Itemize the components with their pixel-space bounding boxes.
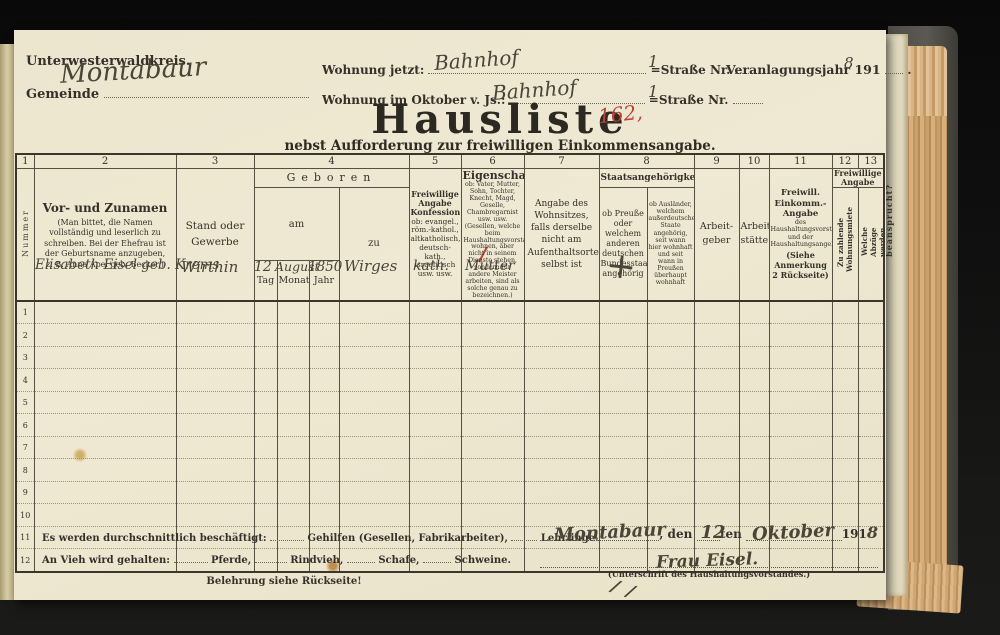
header-eigenschaft: Eigenschaft ob: Vater, Mutter, Sohn, Toc… bbox=[461, 169, 524, 301]
empty-cell bbox=[599, 369, 647, 392]
row-number: 5 bbox=[16, 391, 34, 414]
footer-schweine: Schweine. bbox=[455, 555, 511, 566]
handwritten-red-number: 162, bbox=[597, 100, 644, 129]
empty-cell bbox=[254, 459, 277, 482]
empty-cell bbox=[694, 324, 739, 347]
handwritten-geburtsort: Wirges bbox=[344, 257, 397, 275]
empty-cell bbox=[647, 414, 694, 437]
empty-cell bbox=[599, 481, 647, 504]
signature-block: Montabaur , den 12 ten Oktober 191 8 Fra… bbox=[540, 522, 878, 579]
empty-cell bbox=[694, 436, 739, 459]
empty-cell bbox=[461, 436, 524, 459]
empty-cell bbox=[769, 369, 832, 392]
belehrung-note: Belehrung siehe Rückseite! bbox=[134, 576, 434, 587]
footer-line1-label: Es werden durchschnittlich beschäftigt: bbox=[42, 533, 267, 544]
empty-cell bbox=[769, 436, 832, 459]
empty-cell bbox=[694, 346, 739, 369]
empty-cell bbox=[461, 324, 524, 347]
col-num-11: 11 bbox=[769, 154, 832, 169]
col-num-6: 6 bbox=[461, 154, 524, 169]
signature-place-slot: Montabaur bbox=[540, 523, 659, 541]
empty-cell bbox=[599, 301, 647, 324]
header-geboren: Geboren bbox=[254, 169, 409, 188]
handwritten-stand: Wirthin bbox=[181, 258, 238, 276]
empty-cell bbox=[832, 481, 858, 504]
row-number: 7 bbox=[16, 436, 34, 459]
empty-cell bbox=[694, 414, 739, 437]
header-arbeitgeber: Arbeit- geber bbox=[694, 169, 739, 301]
empty-cell bbox=[832, 391, 858, 414]
empty-cell bbox=[599, 391, 647, 414]
header-freiwillige-angabe: Freiwillige Angabe bbox=[832, 169, 884, 188]
empty-cell bbox=[254, 481, 277, 504]
empty-cell bbox=[858, 346, 884, 369]
empty-cell bbox=[277, 346, 309, 369]
empty-cell bbox=[254, 436, 277, 459]
signature-day-slot: 12 bbox=[697, 523, 720, 541]
empty-cell bbox=[832, 324, 858, 347]
empty-cell bbox=[694, 301, 739, 324]
empty-cell bbox=[309, 369, 339, 392]
empty-cell bbox=[254, 324, 277, 347]
empty-cell bbox=[409, 346, 461, 369]
empty-cell bbox=[461, 414, 524, 437]
empty-cell bbox=[524, 459, 599, 482]
empty-cell bbox=[739, 324, 769, 347]
empty-cell bbox=[277, 414, 309, 437]
header-arbeitsstaette: Arbeits- stätte bbox=[739, 169, 769, 301]
empty-cell bbox=[647, 391, 694, 414]
empty-cell bbox=[409, 301, 461, 324]
empty-cell bbox=[277, 459, 309, 482]
empty-cell bbox=[34, 324, 176, 347]
empty-cell bbox=[339, 391, 409, 414]
empty-cell bbox=[461, 504, 524, 527]
footer-line-1: Es werden durchschnittlich beschäftigt: … bbox=[42, 530, 527, 544]
empty-cell bbox=[409, 324, 461, 347]
table-row: 2 bbox=[16, 324, 884, 347]
empty-cell bbox=[769, 324, 832, 347]
dotted-line bbox=[423, 552, 451, 563]
header-staatsangehoerigkeit: Staatsangehörigkeit: bbox=[599, 169, 694, 188]
empty-cell bbox=[339, 436, 409, 459]
col-num-2: 2 bbox=[34, 154, 176, 169]
row-number: 12 bbox=[16, 549, 34, 572]
empty-cell bbox=[858, 414, 884, 437]
empty-cell bbox=[461, 481, 524, 504]
empty-cell bbox=[34, 459, 176, 482]
empty-cell bbox=[309, 504, 339, 527]
empty-cell bbox=[739, 346, 769, 369]
empty-cell bbox=[832, 414, 858, 437]
handwritten-year-digit: 8 bbox=[867, 523, 878, 542]
empty-cell bbox=[34, 436, 176, 459]
empty-cell bbox=[309, 391, 339, 414]
handwritten-day: 12 bbox=[701, 522, 726, 543]
empty-cell bbox=[277, 504, 309, 527]
empty-cell bbox=[409, 504, 461, 527]
dotted-line bbox=[511, 530, 537, 541]
table-row: 3 bbox=[16, 346, 884, 369]
col-num-5: 5 bbox=[409, 154, 461, 169]
empty-cell bbox=[461, 346, 524, 369]
table-row: 8 bbox=[16, 459, 884, 482]
stray-ink-mark bbox=[608, 581, 637, 597]
table-row: 9 bbox=[16, 481, 884, 504]
empty-cell bbox=[858, 324, 884, 347]
empty-cell bbox=[647, 324, 694, 347]
empty-cell bbox=[339, 346, 409, 369]
empty-cell bbox=[176, 301, 254, 324]
empty-cell bbox=[832, 459, 858, 482]
row-number: 10 bbox=[16, 504, 34, 527]
empty-cell bbox=[858, 391, 884, 414]
dotted-line bbox=[347, 552, 375, 563]
empty-cell bbox=[176, 324, 254, 347]
wohnung-jetzt-label: Wohnung jetzt: bbox=[322, 63, 424, 77]
empty-cell bbox=[254, 369, 277, 392]
empty-cell bbox=[739, 414, 769, 437]
header-miete: Zu zahlende Wohnungsmiete bbox=[832, 187, 858, 301]
empty-cell bbox=[647, 459, 694, 482]
row-number: 11 bbox=[16, 526, 34, 549]
footer-rindvieh: Rindvieh, bbox=[290, 555, 343, 566]
handwritten-jahr-digit: 8 bbox=[844, 54, 854, 72]
empty-cell bbox=[309, 481, 339, 504]
footer-line2-label: An Vieh wird gehalten: bbox=[42, 555, 170, 566]
row-number: 8 bbox=[16, 459, 34, 482]
col-num-10: 10 bbox=[739, 154, 769, 169]
empty-cell bbox=[524, 369, 599, 392]
row-number: 3 bbox=[16, 346, 34, 369]
handwritten-tag: 12 bbox=[254, 259, 272, 275]
year-label: 191 bbox=[842, 527, 867, 541]
empty-cell bbox=[647, 369, 694, 392]
empty-cell bbox=[339, 414, 409, 437]
empty-cell bbox=[858, 481, 884, 504]
empty-cell bbox=[599, 346, 647, 369]
handwritten-place: Montabaur bbox=[554, 519, 667, 546]
footer-pferde: Pferde, bbox=[211, 555, 251, 566]
veranlagungsjahr-line: Veranlagungsjahr 191 . bbox=[726, 60, 912, 77]
empty-cell bbox=[34, 504, 176, 527]
empty-cell bbox=[176, 414, 254, 437]
empty-cell bbox=[176, 459, 254, 482]
empty-cell bbox=[461, 369, 524, 392]
empty-cell bbox=[694, 459, 739, 482]
empty-cell bbox=[409, 414, 461, 437]
wohnung-jetzt-line: Wohnung jetzt: =Straße Nr. bbox=[322, 60, 765, 77]
empty-cell bbox=[599, 324, 647, 347]
empty-cell bbox=[176, 391, 254, 414]
empty-cell bbox=[176, 504, 254, 527]
empty-cell bbox=[739, 436, 769, 459]
empty-cell bbox=[858, 369, 884, 392]
empty-cell bbox=[524, 346, 599, 369]
signature-line-2: Frau Eisel. bbox=[540, 547, 878, 568]
empty-cell bbox=[647, 301, 694, 324]
veranlagungsjahr-label: Veranlagungsjahr 191 bbox=[726, 62, 881, 77]
empty-cell bbox=[769, 346, 832, 369]
signature-line-1: Montabaur , den 12 ten Oktober 191 8 bbox=[540, 522, 878, 541]
empty-cell bbox=[769, 459, 832, 482]
table-row: 5 bbox=[16, 391, 884, 414]
empty-cell bbox=[339, 504, 409, 527]
table-row: 7 bbox=[16, 436, 884, 459]
col-num-3: 3 bbox=[176, 154, 254, 169]
col-num-7: 7 bbox=[524, 154, 599, 169]
header-konfession: Freiwillige Angabe Konfession ob: evange… bbox=[409, 169, 461, 301]
empty-cell bbox=[769, 301, 832, 324]
footer-block: Es werden durchschnittlich beschäftigt: … bbox=[42, 530, 527, 574]
empty-cell bbox=[339, 301, 409, 324]
empty-cell bbox=[524, 324, 599, 347]
empty-cell bbox=[599, 459, 647, 482]
empty-cell bbox=[254, 391, 277, 414]
empty-cell bbox=[524, 414, 599, 437]
empty-cell bbox=[599, 414, 647, 437]
empty-cell bbox=[647, 481, 694, 504]
empty-cell bbox=[339, 369, 409, 392]
empty-cell bbox=[461, 391, 524, 414]
empty-cell bbox=[739, 459, 769, 482]
empty-cell bbox=[524, 481, 599, 504]
empty-cell bbox=[739, 481, 769, 504]
empty-cell bbox=[339, 324, 409, 347]
empty-cell bbox=[34, 391, 176, 414]
empty-cell bbox=[309, 301, 339, 324]
empty-cell bbox=[176, 369, 254, 392]
empty-cell bbox=[34, 369, 176, 392]
empty-cell bbox=[832, 369, 858, 392]
dotted-line bbox=[174, 552, 208, 563]
col-num-13: 13 bbox=[858, 154, 884, 169]
empty-cell bbox=[277, 369, 309, 392]
empty-cell bbox=[694, 369, 739, 392]
empty-cell bbox=[694, 481, 739, 504]
row-number: 9 bbox=[16, 481, 34, 504]
empty-cell bbox=[176, 346, 254, 369]
header-name: Vor- und Zunamen (Man bittet, die Namen … bbox=[34, 169, 176, 301]
archival-book-scan: beansprucht? Unterwesterwaldkreis. Gemei… bbox=[0, 0, 1000, 635]
signature-month-slot: Oktober bbox=[746, 523, 842, 541]
empty-cell bbox=[858, 436, 884, 459]
col-num-8: 8 bbox=[599, 154, 694, 169]
dotted-line bbox=[255, 552, 287, 563]
header-einkommen: Freiwill. Einkomm.-Angabe des Haushaltun… bbox=[769, 169, 832, 301]
empty-cell bbox=[309, 324, 339, 347]
row-number: 1 bbox=[16, 301, 34, 324]
empty-cell bbox=[524, 391, 599, 414]
empty-cell bbox=[769, 391, 832, 414]
col-num-1: 1 bbox=[16, 154, 34, 169]
empty-cell bbox=[277, 324, 309, 347]
row-number: 4 bbox=[16, 369, 34, 392]
column-number-row: 1 2 3 4 5 6 7 8 9 10 11 12 13 bbox=[16, 154, 884, 169]
empty-cell bbox=[858, 459, 884, 482]
empty-cell bbox=[409, 459, 461, 482]
empty-cell bbox=[277, 391, 309, 414]
form-subtitle: nebst Aufforderung zur freiwilligen Eink… bbox=[200, 138, 800, 154]
empty-cell bbox=[34, 346, 176, 369]
empty-cell bbox=[309, 459, 339, 482]
header-wohnsitz: Angabe des Wohnsitzes, falls derselbe ni… bbox=[524, 169, 599, 301]
row-number: 6 bbox=[16, 414, 34, 437]
strasse-label: =Straße Nr. bbox=[651, 63, 731, 77]
veranlagungsjahr-period: . bbox=[907, 62, 911, 77]
table-row: 1 bbox=[16, 301, 884, 324]
handwritten-plus-mark: + bbox=[604, 245, 638, 289]
empty-cell bbox=[339, 459, 409, 482]
empty-cell bbox=[832, 436, 858, 459]
col-num-12: 12 bbox=[832, 154, 858, 169]
empty-cell bbox=[409, 369, 461, 392]
table-row: 6 bbox=[16, 414, 884, 437]
empty-cell bbox=[254, 504, 277, 527]
empty-cell bbox=[858, 301, 884, 324]
col-num-9: 9 bbox=[694, 154, 739, 169]
empty-cell bbox=[309, 436, 339, 459]
handwritten-strasse-nr-1: 1 bbox=[648, 52, 658, 71]
empty-cell bbox=[34, 481, 176, 504]
header-abzuege: Welche Abzüge werden beansprucht? bbox=[858, 187, 884, 301]
header-am: am bbox=[254, 187, 339, 261]
empty-cell bbox=[739, 391, 769, 414]
empty-cell bbox=[739, 369, 769, 392]
footer-schafe: Schafe, bbox=[378, 555, 419, 566]
hausliste-table: 1 2 3 4 5 6 7 8 9 10 11 12 13 Nummer bbox=[15, 153, 885, 573]
empty-cell bbox=[739, 301, 769, 324]
header-staat-auslaender: ob Ausländer, welchem außerdeutschen Sta… bbox=[647, 187, 694, 301]
empty-cell bbox=[309, 414, 339, 437]
table-row: 4 bbox=[16, 369, 884, 392]
footer-line1-mid: Gehilfen (Gesellen, Fabrikarbeiter), bbox=[308, 533, 508, 544]
empty-cell bbox=[277, 436, 309, 459]
empty-cell bbox=[524, 436, 599, 459]
header-nummer: Nummer bbox=[16, 169, 34, 301]
empty-cell bbox=[254, 346, 277, 369]
handwritten-signature: Frau Eisel. bbox=[656, 549, 759, 573]
col-num-4: 4 bbox=[254, 154, 409, 169]
empty-cell bbox=[254, 414, 277, 437]
empty-cell bbox=[34, 301, 176, 324]
dotted-line bbox=[270, 530, 304, 541]
footer-line-2: An Vieh wird gehalten: Pferde, Rindvieh,… bbox=[42, 552, 527, 566]
empty-cell bbox=[647, 436, 694, 459]
empty-cell bbox=[176, 436, 254, 459]
empty-cell bbox=[409, 436, 461, 459]
empty-cell bbox=[599, 436, 647, 459]
empty-cell bbox=[277, 301, 309, 324]
empty-cell bbox=[339, 481, 409, 504]
header-zu: zu bbox=[339, 187, 409, 301]
empty-cell bbox=[409, 481, 461, 504]
empty-cell bbox=[309, 346, 339, 369]
handwritten-month: Oktober bbox=[752, 520, 835, 545]
empty-cell bbox=[832, 346, 858, 369]
handwritten-konfession: kath. bbox=[413, 258, 449, 274]
handwritten-eigenschaft: Mutter bbox=[465, 258, 515, 274]
empty-cell bbox=[254, 301, 277, 324]
empty-cell bbox=[409, 391, 461, 414]
row-number: 2 bbox=[16, 324, 34, 347]
header-stand: Stand oder Gewerbe bbox=[176, 169, 254, 301]
hausliste-form-page: Unterwesterwaldkreis. Gemeinde Wohnung j… bbox=[14, 30, 886, 600]
empty-cell bbox=[769, 414, 832, 437]
handwritten-geburtsjahr: 1850 bbox=[308, 259, 342, 275]
empty-cell bbox=[694, 391, 739, 414]
empty-cell bbox=[769, 481, 832, 504]
empty-cell bbox=[832, 301, 858, 324]
dotted-line bbox=[885, 60, 903, 74]
empty-cell bbox=[176, 481, 254, 504]
empty-cell bbox=[34, 414, 176, 437]
empty-cell bbox=[461, 459, 524, 482]
empty-cell bbox=[277, 481, 309, 504]
empty-cell bbox=[647, 346, 694, 369]
handwritten-strasse-nr-2: 1 bbox=[648, 82, 658, 101]
empty-cell bbox=[461, 301, 524, 324]
empty-cell bbox=[524, 301, 599, 324]
